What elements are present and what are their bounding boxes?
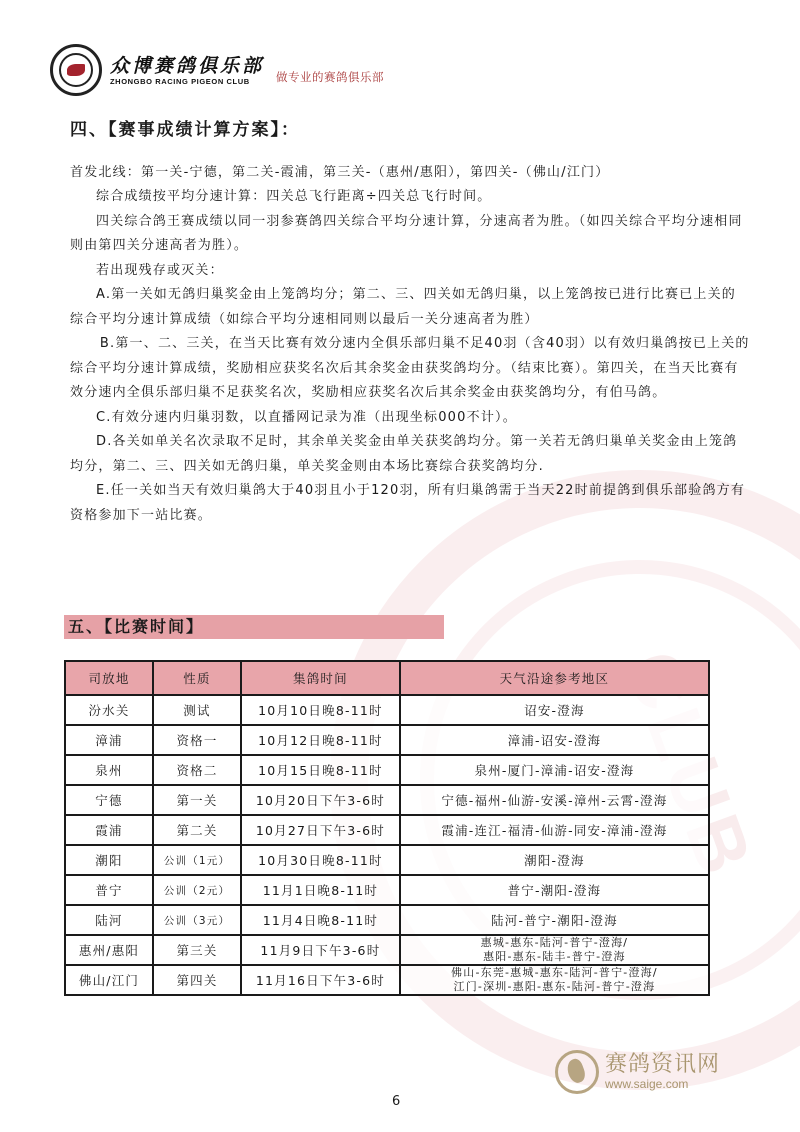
paragraph: A.第一关如无鸽归巢奖金由上笼鸽均分；第二、三、四关如无鸽归巢，以上笼鸽按已进行… (70, 283, 750, 332)
route-regions: 泉州-厦门-漳浦-诏安-澄海 (400, 755, 709, 785)
page-number: 6 (392, 1094, 400, 1109)
table-row: 霞浦 第二关 10月27日下午3-6时 霞浦-连江-福清-仙游-同安-漳浦-澄海 (65, 815, 709, 845)
route-line: 惠阳-惠东-陆丰-普宁-澄海 (403, 950, 706, 964)
section-4-title: 四、【赛事成绩计算方案】： (70, 118, 750, 143)
saige-pigeon-logo-icon (555, 1050, 599, 1094)
paragraph: 首发北线：第一关-宁德，第二关-霞浦，第三关-（惠州/惠阳），第四关-（佛山/江… (70, 161, 750, 186)
release-site: 潮阳 (65, 845, 153, 875)
route-regions: 惠城-惠东-陆河-普宁-澄海/ 惠阳-惠东-陆丰-普宁-澄海 (400, 935, 709, 965)
paragraph: B.第一、二、三关，在当天比赛有效分速内全俱乐部归巢不足40羽（含40羽）以有效… (70, 332, 750, 406)
table-row: 汾水关 测试 10月10日晚8-11时 诏安-澄海 (65, 695, 709, 725)
column-header: 天气沿途参考地区 (400, 661, 709, 695)
paragraph: 若出现残存或灭关： (70, 259, 750, 284)
route-regions: 漳浦-诏安-澄海 (400, 725, 709, 755)
section-5-title: 五、【比赛时间】 (64, 615, 444, 639)
saige-site-name: 赛鸽资讯网 (605, 1053, 720, 1077)
route-regions: 霞浦-连江-福清-仙游-同安-漳浦-澄海 (400, 815, 709, 845)
race-type: 公训（3元） (153, 905, 241, 935)
race-type: 测试 (153, 695, 241, 725)
club-logo-icon (50, 44, 102, 96)
collection-time: 10月30日晚8-11时 (241, 845, 400, 875)
paragraph: C.有效分速内归巢羽数，以直播网记录为准（出现坐标000不计）。 (70, 406, 750, 431)
route-regions: 诏安-澄海 (400, 695, 709, 725)
schedule-table: 司放地 性质 集鸽时间 天气沿途参考地区 汾水关 测试 10月10日晚8-11时… (64, 660, 710, 996)
table-row: 普宁 公训（2元） 11月1日晚8-11时 普宁-潮阳-澄海 (65, 875, 709, 905)
race-type: 第三关 (153, 935, 241, 965)
brand-name-en: ZHONGBO RACING PIGEON CLUB (110, 77, 264, 86)
collection-time: 10月10日晚8-11时 (241, 695, 400, 725)
paragraph: E.任一关如当天有效归巢鸽大于40羽且小于120羽，所有归巢鸽需于当天22时前提… (70, 479, 750, 528)
route-line: 惠城-惠东-陆河-普宁-澄海/ (403, 936, 706, 950)
paragraph: D.各关如单关名次录取不足时，其余单关奖金由单关获奖鸽均分。第一关若无鸽归巢单关… (70, 430, 750, 479)
race-type: 第二关 (153, 815, 241, 845)
race-type: 第一关 (153, 785, 241, 815)
table-header-row: 司放地 性质 集鸽时间 天气沿途参考地区 (65, 661, 709, 695)
race-type: 资格二 (153, 755, 241, 785)
table-row: 陆河 公训（3元） 11月4日晚8-11时 陆河-普宁-潮阳-澄海 (65, 905, 709, 935)
pigeon-icon (67, 64, 85, 76)
race-type: 资格一 (153, 725, 241, 755)
race-type: 公训（2元） (153, 875, 241, 905)
saige-site-url: www.saige.com (605, 1077, 720, 1091)
table-row: 佛山/江门 第四关 11月16日下午3-6时 佛山-东莞-惠城-惠东-陆河-普宁… (65, 965, 709, 995)
table-row: 潮阳 公训（1元） 10月30日晚8-11时 潮阳-澄海 (65, 845, 709, 875)
table-row: 宁德 第一关 10月20日下午3-6时 宁德-福州-仙游-安溪-漳州-云霄-澄海 (65, 785, 709, 815)
route-regions: 佛山-东莞-惠城-惠东-陆河-普宁-澄海/ 江门-深圳-惠阳-惠东-陆河-普宁-… (400, 965, 709, 995)
table-row: 泉州 资格二 10月15日晚8-11时 泉州-厦门-漳浦-诏安-澄海 (65, 755, 709, 785)
release-site: 陆河 (65, 905, 153, 935)
table-row: 漳浦 资格一 10月12日晚8-11时 漳浦-诏安-澄海 (65, 725, 709, 755)
slogan: 做专业的赛鸽俱乐部 (276, 69, 384, 85)
paragraph: 四关综合鸽王赛成绩以同一羽参赛鸽四关综合平均分速计算，分速高者为胜。（如四关综合… (70, 210, 750, 259)
saige-watermark: 赛鸽资讯网 www.saige.com (555, 1050, 720, 1094)
section-4: 四、【赛事成绩计算方案】： 首发北线：第一关-宁德，第二关-霞浦，第三关-（惠州… (70, 118, 750, 528)
collection-time: 11月16日下午3-6时 (241, 965, 400, 995)
column-header: 司放地 (65, 661, 153, 695)
brand: 众博赛鸽俱乐部 ZHONGBO RACING PIGEON CLUB (110, 55, 264, 86)
race-type: 公训（1元） (153, 845, 241, 875)
collection-time: 11月9日下午3-6时 (241, 935, 400, 965)
route-line: 江门-深圳-惠阳-惠东-陆河-普宁-澄海 (403, 980, 706, 994)
collection-time: 10月27日下午3-6时 (241, 815, 400, 845)
column-header: 性质 (153, 661, 241, 695)
route-regions: 潮阳-澄海 (400, 845, 709, 875)
release-site: 霞浦 (65, 815, 153, 845)
release-site: 汾水关 (65, 695, 153, 725)
race-type: 第四关 (153, 965, 241, 995)
route-regions: 宁德-福州-仙游-安溪-漳州-云霄-澄海 (400, 785, 709, 815)
table-row: 惠州/惠阳 第三关 11月9日下午3-6时 惠城-惠东-陆河-普宁-澄海/ 惠阳… (65, 935, 709, 965)
route-regions: 陆河-普宁-潮阳-澄海 (400, 905, 709, 935)
release-site: 惠州/惠阳 (65, 935, 153, 965)
collection-time: 11月4日晚8-11时 (241, 905, 400, 935)
column-header: 集鸽时间 (241, 661, 400, 695)
collection-time: 10月20日下午3-6时 (241, 785, 400, 815)
release-site: 泉州 (65, 755, 153, 785)
release-site: 宁德 (65, 785, 153, 815)
paragraph: 综合成绩按平均分速计算：四关总飞行距离÷四关总飞行时间。 (70, 185, 750, 210)
release-site: 佛山/江门 (65, 965, 153, 995)
collection-time: 10月12日晚8-11时 (241, 725, 400, 755)
collection-time: 10月15日晚8-11时 (241, 755, 400, 785)
release-site: 漳浦 (65, 725, 153, 755)
collection-time: 11月1日晚8-11时 (241, 875, 400, 905)
page-header: 众博赛鸽俱乐部 ZHONGBO RACING PIGEON CLUB 做专业的赛… (50, 40, 384, 100)
route-line: 佛山-东莞-惠城-惠东-陆河-普宁-澄海/ (403, 966, 706, 980)
release-site: 普宁 (65, 875, 153, 905)
brand-name-cn: 众博赛鸽俱乐部 (110, 55, 264, 77)
route-regions: 普宁-潮阳-澄海 (400, 875, 709, 905)
